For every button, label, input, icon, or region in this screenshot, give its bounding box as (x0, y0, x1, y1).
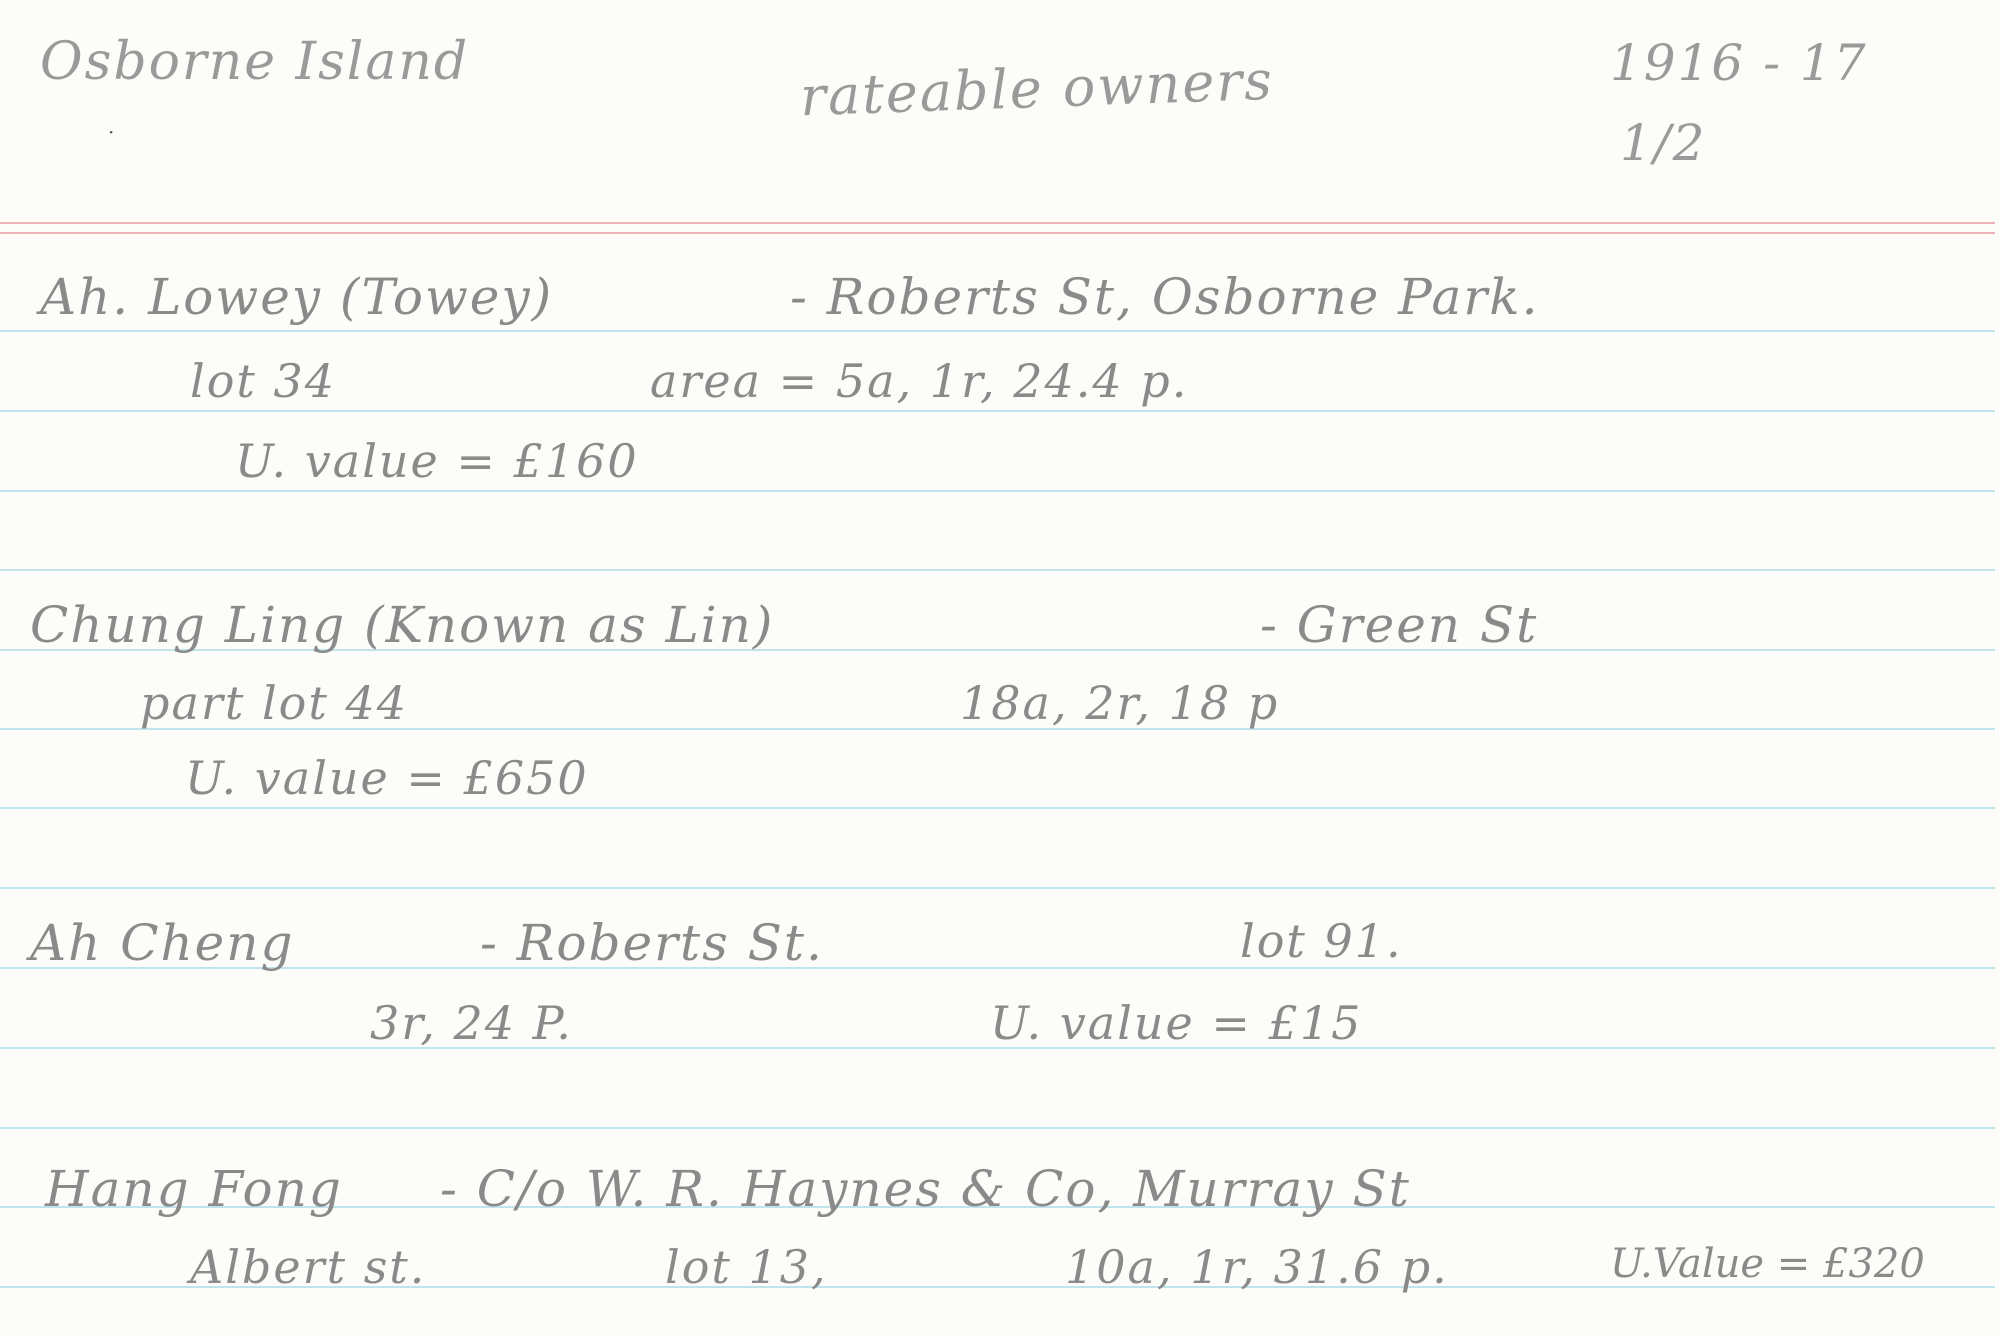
ruled-line (0, 1127, 1995, 1129)
lot-number: lot 13, (665, 1244, 828, 1290)
unimproved-value: U. value = £650 (185, 755, 589, 801)
unimproved-value: U. value = £15 (990, 1000, 1362, 1046)
ruled-line (0, 410, 1995, 412)
owner-name: Ah. Lowey (Towey) (40, 272, 553, 322)
owner-address: - C/o W. R. Haynes & Co, Murray St (440, 1164, 1411, 1214)
unimproved-value: U.Value = £320 (1610, 1244, 1925, 1284)
lot-area: 3r, 24 P. (370, 1000, 573, 1046)
card-number: 1/2 (1620, 118, 1706, 168)
ruled-line (0, 569, 1995, 571)
ruled-line (0, 967, 1995, 969)
header-rule-bottom (0, 232, 1995, 234)
owner-name: Ah Cheng (30, 918, 294, 968)
owner-name: Hang Fong (45, 1164, 343, 1214)
lot-area: 10a, 1r, 31.6 p. (1065, 1244, 1449, 1290)
lot-number: part lot 44 (140, 680, 408, 726)
lot-number: lot 34 (190, 358, 336, 404)
street-name: Albert st. (190, 1244, 426, 1290)
unimproved-value: U. value = £160 (235, 438, 639, 484)
card-title-subject: rateable owners (799, 54, 1274, 125)
lot-area: area = 5a, 1r, 24.4 p. (650, 358, 1188, 404)
ruled-line (0, 887, 1995, 889)
ink-mark: · (108, 120, 114, 144)
lot-area: 18a, 2r, 18 p (960, 680, 1279, 726)
owner-address: - Roberts St, Osborne Park. (790, 272, 1539, 322)
ruled-line (0, 807, 1995, 809)
card-years: 1916 - 17 (1610, 38, 1868, 88)
header-rule-top (0, 222, 1995, 224)
ruled-line (0, 490, 1995, 492)
index-card: Osborne Island · rateable owners 1916 - … (0, 0, 1999, 1336)
card-title-location: Osborne Island (40, 36, 469, 88)
lot-number: lot 91. (1240, 918, 1403, 964)
owner-name: Chung Ling (Known as Lin) (30, 600, 774, 650)
ruled-line (0, 330, 1995, 332)
owner-address: - Roberts St. (480, 918, 824, 968)
owner-address: - Green St (1260, 600, 1538, 650)
